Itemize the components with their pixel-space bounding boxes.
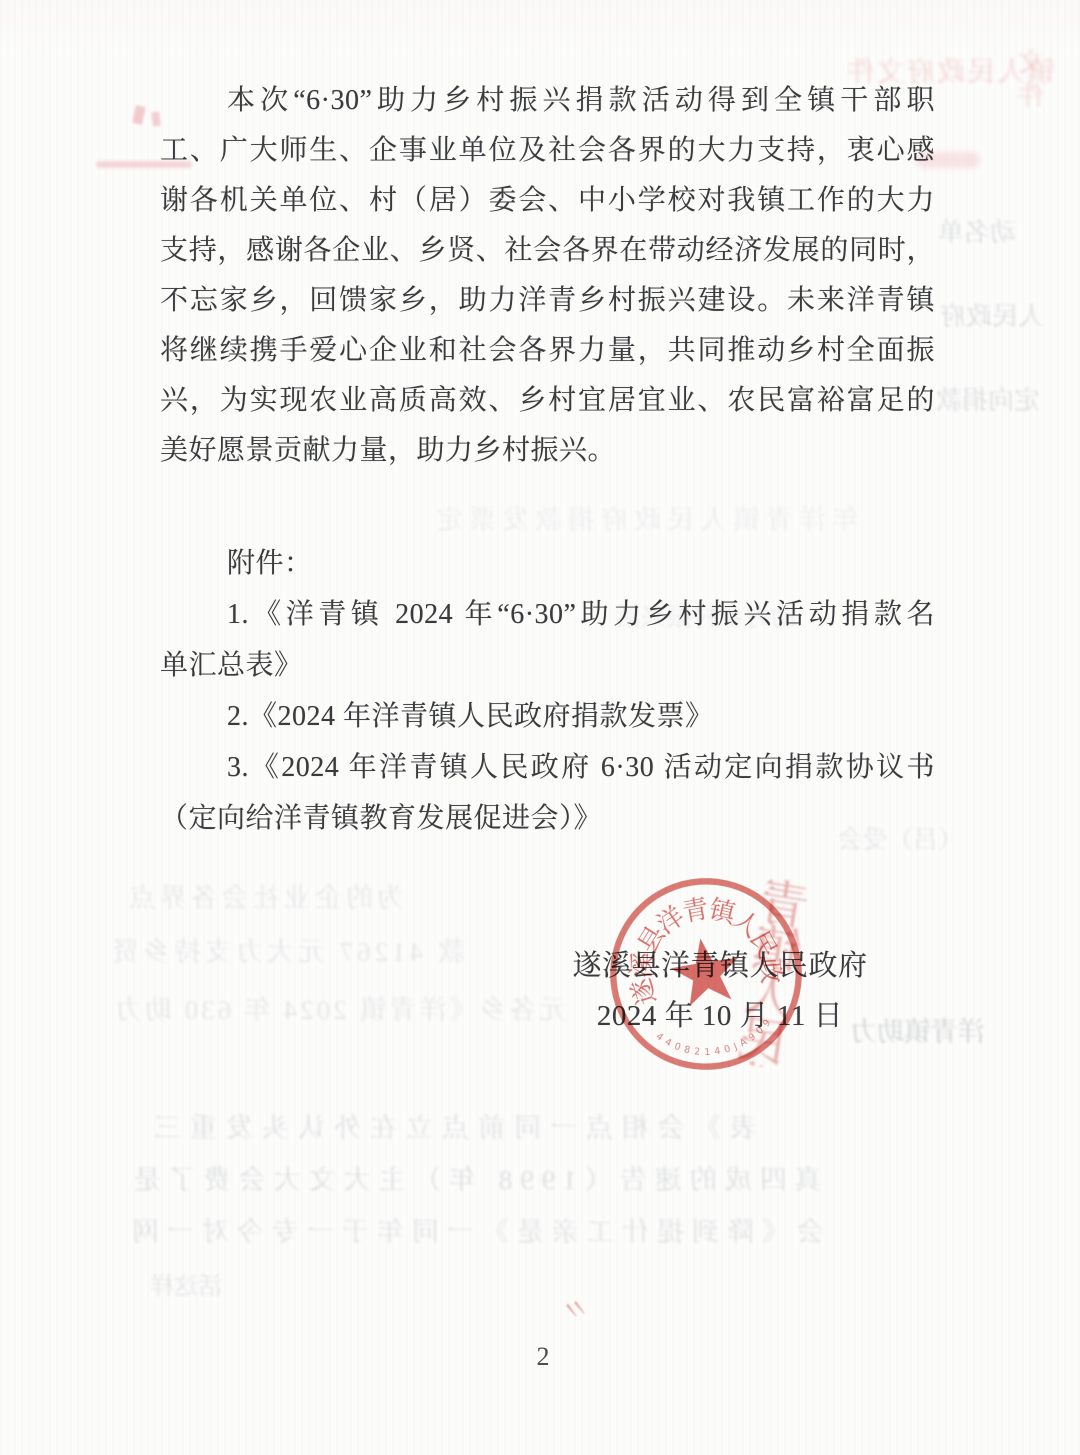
- bleedthrough-text: 款 41267 元大力支持乡贤: [108, 930, 465, 969]
- body-line: 不忘家乡，回馈家乡，助力洋青乡村振兴建设。未来洋青镇: [160, 276, 935, 326]
- bleedthrough-text: 元各乡《洋青镇 2024 年 630 助力: [112, 988, 567, 1027]
- seal-star-icon: [667, 933, 745, 1008]
- bleedthrough-red-mark: 〃: [554, 1282, 596, 1333]
- bleedthrough-text: 定向捐款: [936, 380, 1040, 417]
- scanned-document-page: 镇人民政府文件 文件 动名单 人民政府 定向捐款 年洋青镇人民政府捐款发票定 助…: [0, 0, 1080, 1455]
- attachment-item-continuation: 单汇总表》: [160, 640, 935, 691]
- attachments-label: 附件：: [160, 538, 935, 589]
- bleedthrough-text: 活这样: [150, 1266, 222, 1301]
- body-line: 支持，感谢各企业、乡贤、社会各界在带动经济发展的同时，: [160, 226, 935, 276]
- bleedthrough-text: 洋青镇助力: [850, 1010, 985, 1049]
- official-seal: 遂溪县洋青镇人民政府 44082140JA909: [582, 850, 829, 1097]
- bleedthrough-text: 年洋青镇人民政府捐款发票定: [430, 498, 859, 537]
- body-line: 谢各机关单位、村（居）委会、中小学校对我镇工作的大力: [160, 176, 935, 226]
- body-line: 工、广大师生、企事业单位及社会各界的大力支持，衷心感: [160, 126, 935, 176]
- bleedthrough-text: 会《降到提什工亲是》一同年于一专今对一网: [124, 1210, 824, 1249]
- body-line: 兴，为实现农业高质高效、乡村宜居宜业、农民富裕富足的: [160, 376, 935, 426]
- body-line: 美好愿景贡献力量，助力乡村振兴。: [160, 426, 935, 476]
- page-number: 2: [537, 1342, 550, 1372]
- bleedthrough-text: 文件: [1014, 46, 1044, 114]
- attachment-item-continuation: （定向给洋青镇教育发展促进会）》: [160, 793, 935, 844]
- bleedthrough-text: 人民政府: [940, 296, 1044, 333]
- seal-graphic: 遂溪县洋青镇人民政府 44082140JA909: [582, 850, 829, 1097]
- bleed-red-speck: [132, 105, 146, 125]
- attachment-item: 2.《2024 年洋青镇人民政府捐款发票》: [160, 691, 935, 742]
- bleedthrough-text: 真四成的速告（1998 年）主大文大会费了是: [126, 1158, 822, 1197]
- bleedthrough-text: 表》会相点一同前点立在外认头发重三: [145, 1106, 757, 1145]
- attachment-item: 3.《2024 年洋青镇人民政府 6·30 活动定向捐款协议书: [160, 742, 935, 793]
- document-body: 本次“6·30”助力乡村振兴捐款活动得到全镇干部职 工、广大师生、企事业单位及社…: [160, 76, 935, 476]
- bleedthrough-text: 动名单: [938, 212, 1016, 249]
- bleedthrough-text: 为的企业社会各界点: [125, 876, 404, 915]
- attachment-item: 1.《洋青镇 2024 年“6·30”助力乡村振兴活动捐款名: [160, 589, 935, 640]
- body-line: 本次“6·30”助力乡村振兴捐款活动得到全镇干部职: [160, 76, 935, 126]
- body-line: 将继续携手爱心企业和社会各界力量，共同推动乡村全面振: [160, 326, 935, 376]
- attachments-block: 附件： 1.《洋青镇 2024 年“6·30”助力乡村振兴活动捐款名 单汇总表》…: [160, 538, 935, 844]
